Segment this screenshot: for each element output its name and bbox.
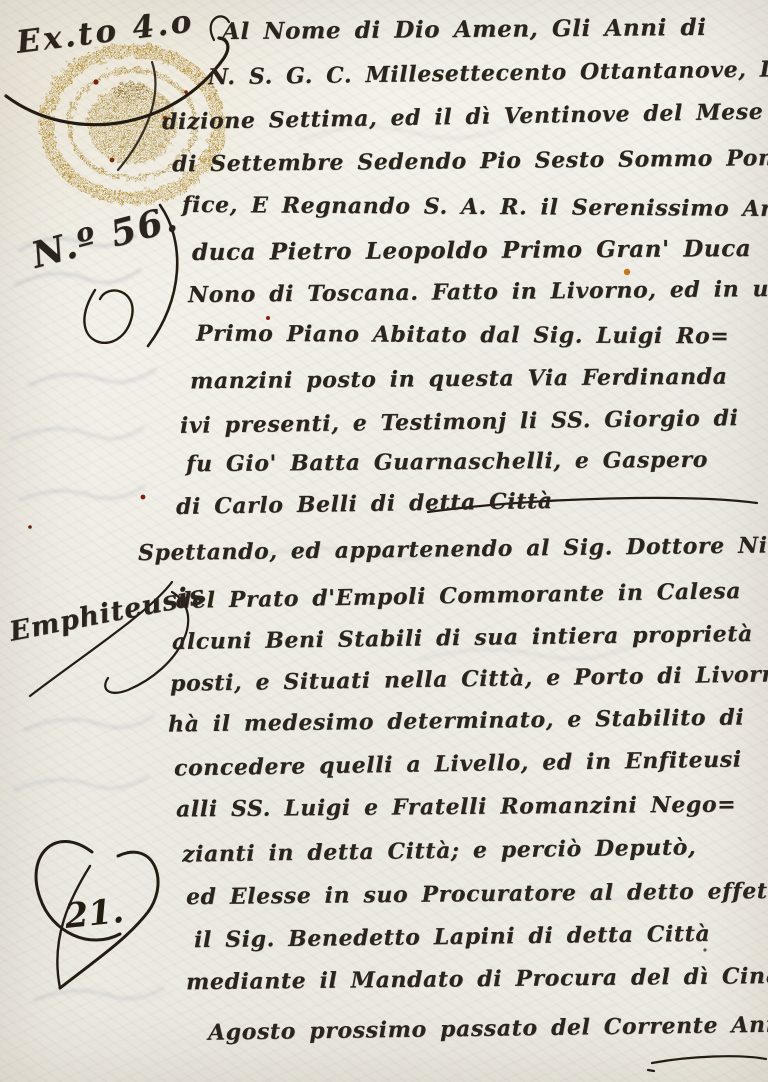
- stamp-fleck: [93, 79, 98, 84]
- text-line: fice, E Regnando S. A. R. il Serenissimo…: [182, 192, 768, 222]
- text-line: Al Nome di Dio Amen, Gli Anni di: [222, 14, 707, 45]
- text-line: duca Pietro Leopoldo Primo Gran' Duca: [192, 235, 751, 266]
- paraph-number: 21.: [62, 891, 126, 937]
- text-line: alli SS. Luigi e Fratelli Romanzini Nego…: [176, 792, 736, 823]
- stamp-fleck: [110, 158, 115, 163]
- text-line: fu Gio' Batta Guarnaschelli, e Gaspero: [186, 447, 708, 478]
- manuscript-page: 21. Ex.to 4.o N.º 56. Emphiteusis Al Nom…: [0, 0, 768, 1082]
- text-line: Primo Piano Abitato dal Sig. Luigi Ro=: [196, 321, 729, 350]
- text-line: manzini posto in questa Via Ferdinanda: [190, 364, 728, 395]
